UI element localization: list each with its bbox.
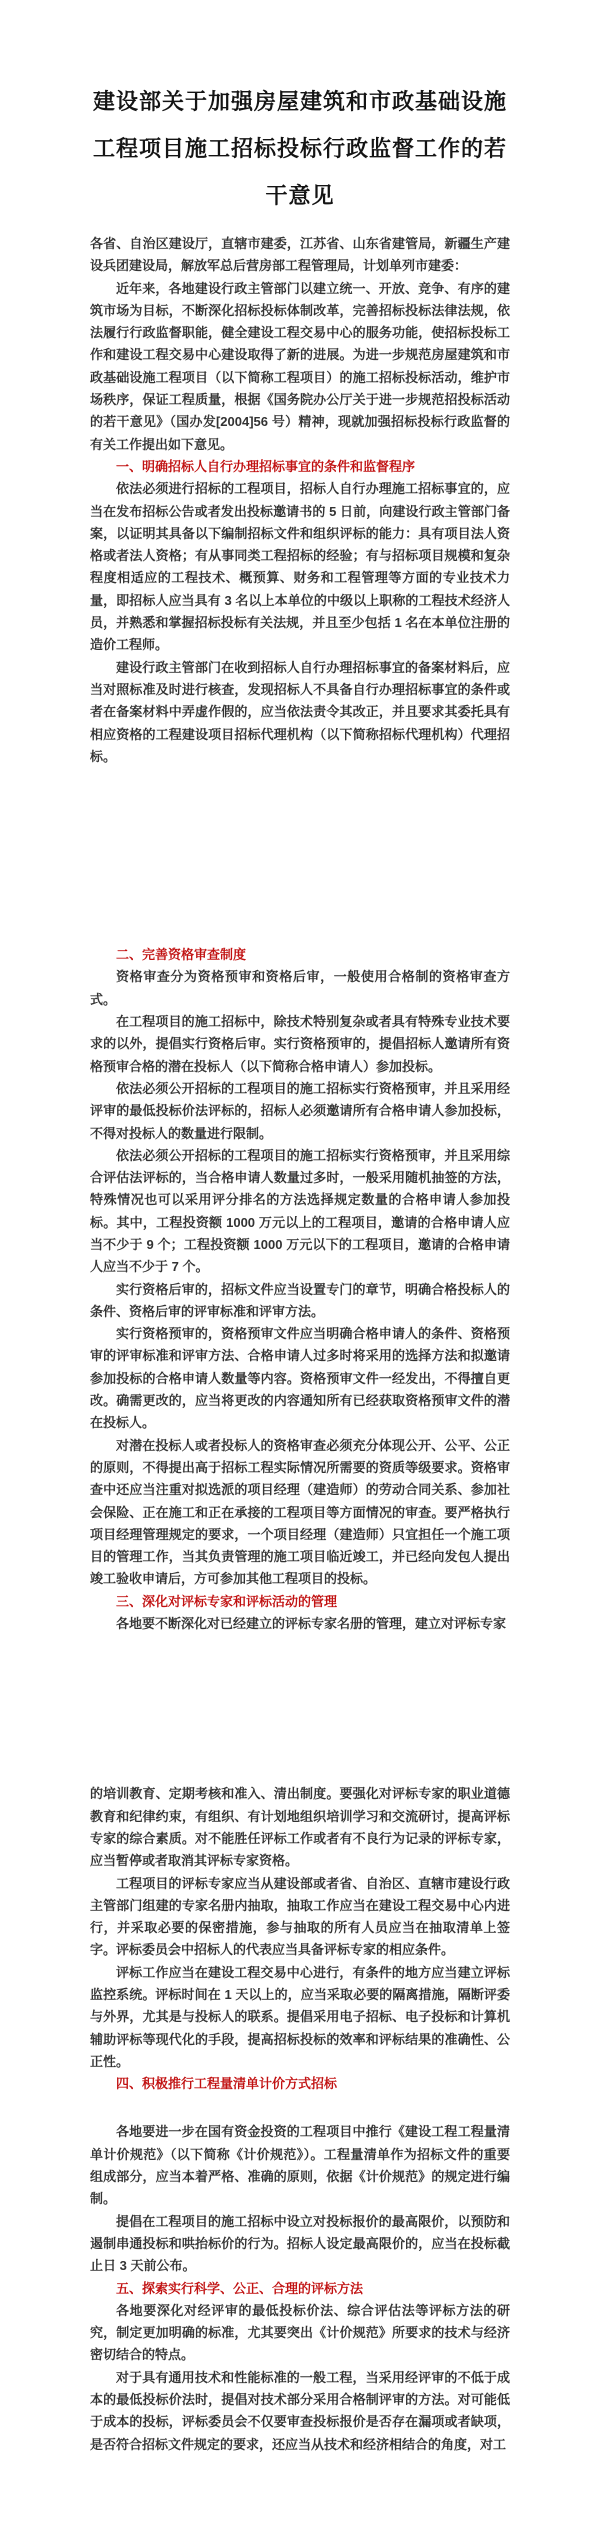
section-2-paragraph: 对潜在投标人或者投标人的资格审查必须充分体现公开、公平、公正的原则，不得提出高于… bbox=[90, 1435, 510, 1591]
section-2-paragraph: 在工程项目的施工招标中，除技术特别复杂或者具有特殊专业技术要求的以外，提倡实行资… bbox=[90, 1011, 510, 1078]
section-4-paragraph: 提倡在工程项目的施工招标中设立对投标报价的最高限价，以预防和遏制串通投标和哄抬标… bbox=[90, 2211, 510, 2278]
section-3-paragraph: 工程项目的评标专家应当从建设部或者省、自治区、直辖市建设行政主管部门组建的专家名… bbox=[90, 1873, 510, 1962]
doc-title: 建设部关于加强房屋建筑和市政基础设施工程项目施工招标投标行政监督工作的若干意见 bbox=[90, 78, 510, 219]
paragraph-gap bbox=[90, 2095, 510, 2121]
section-5-paragraph: 各地要深化对经评审的最低投标价法、综合评估法等评标方法的研究，制定更加明确的标准… bbox=[90, 2300, 510, 2367]
section-1-paragraph: 依法必须进行招标的工程项目，招标人自行办理施工招标事宜的，应当在发布招标公告或者… bbox=[90, 478, 510, 656]
section-5-heading: 五、探索实行科学、公正、合理的评标方法 bbox=[90, 2278, 510, 2300]
section-3-paragraph: 各地要不断深化对已经建立的评标专家名册的管理，建立对评标专家 bbox=[90, 1613, 510, 1635]
section-1-paragraph: 建设行政主管部门在收到招标人自行办理招标事宜的备案材料后，应当对照标准及时进行核… bbox=[90, 657, 510, 768]
section-1-heading: 一、明确招标人自行办理招标事宜的条件和监督程序 bbox=[90, 456, 510, 478]
section-2-paragraph: 依法必须公开招标的工程项目的施工招标实行资格预审，并且采用综合评估法评标的，当合… bbox=[90, 1145, 510, 1279]
section-2-paragraph: 依法必须公开招标的工程项目的施工招标实行资格预审，并且采用经评审的最低投标价法评… bbox=[90, 1078, 510, 1145]
document-page: 建设部关于加强房屋建筑和市政基础设施工程项目施工招标投标行政监督工作的若干意见 … bbox=[0, 0, 600, 2544]
intro-paragraph: 近年来，各地建设行政主管部门以建立统一、开放、竞争、有序的建筑市场为目标，不断深… bbox=[90, 278, 510, 456]
section-2-paragraph: 实行资格后审的，招标文件应当设置专门的章节，明确合格投标人的条件、资格后审的评审… bbox=[90, 1279, 510, 1324]
section-5-paragraph: 对于具有通用技术和性能标准的一般工程，当采用经评审的不低于成本的最低投标价法时，… bbox=[90, 2367, 510, 2456]
page-break-gap bbox=[90, 768, 510, 944]
section-3-paragraph: 评标工作应当在建设工程交易中心进行，有条件的地方应当建立评标监控系统。评标时间在… bbox=[90, 1962, 510, 2073]
section-3-heading: 三、深化对评标专家和评标活动的管理 bbox=[90, 1591, 510, 1613]
section-3-paragraph-continued: 的培训教育、定期考核和准入、清出制度。要强化对评标专家的职业道德教育和纪律约束，… bbox=[90, 1783, 510, 1872]
salutation: 各省、自治区建设厅，直辖市建委，江苏省、山东省建管局，新疆生产建设兵团建设局，解… bbox=[90, 233, 510, 278]
section-4-paragraph: 各地要进一步在国有资金投资的工程项目中推行《建设工程工程量清单计价规范》（以下简… bbox=[90, 2121, 510, 2210]
section-2-paragraph: 资格审查分为资格预审和资格后审，一般使用合格制的资格审查方式。 bbox=[90, 966, 510, 1011]
section-2-heading: 二、完善资格审查制度 bbox=[90, 944, 510, 966]
page-break-gap bbox=[90, 1635, 510, 1783]
section-2-paragraph: 实行资格预审的，资格预审文件应当明确合格申请人的条件、资格预审的评审标准和评审方… bbox=[90, 1323, 510, 1434]
section-4-heading: 四、积极推行工程量清单计价方式招标 bbox=[90, 2073, 510, 2095]
